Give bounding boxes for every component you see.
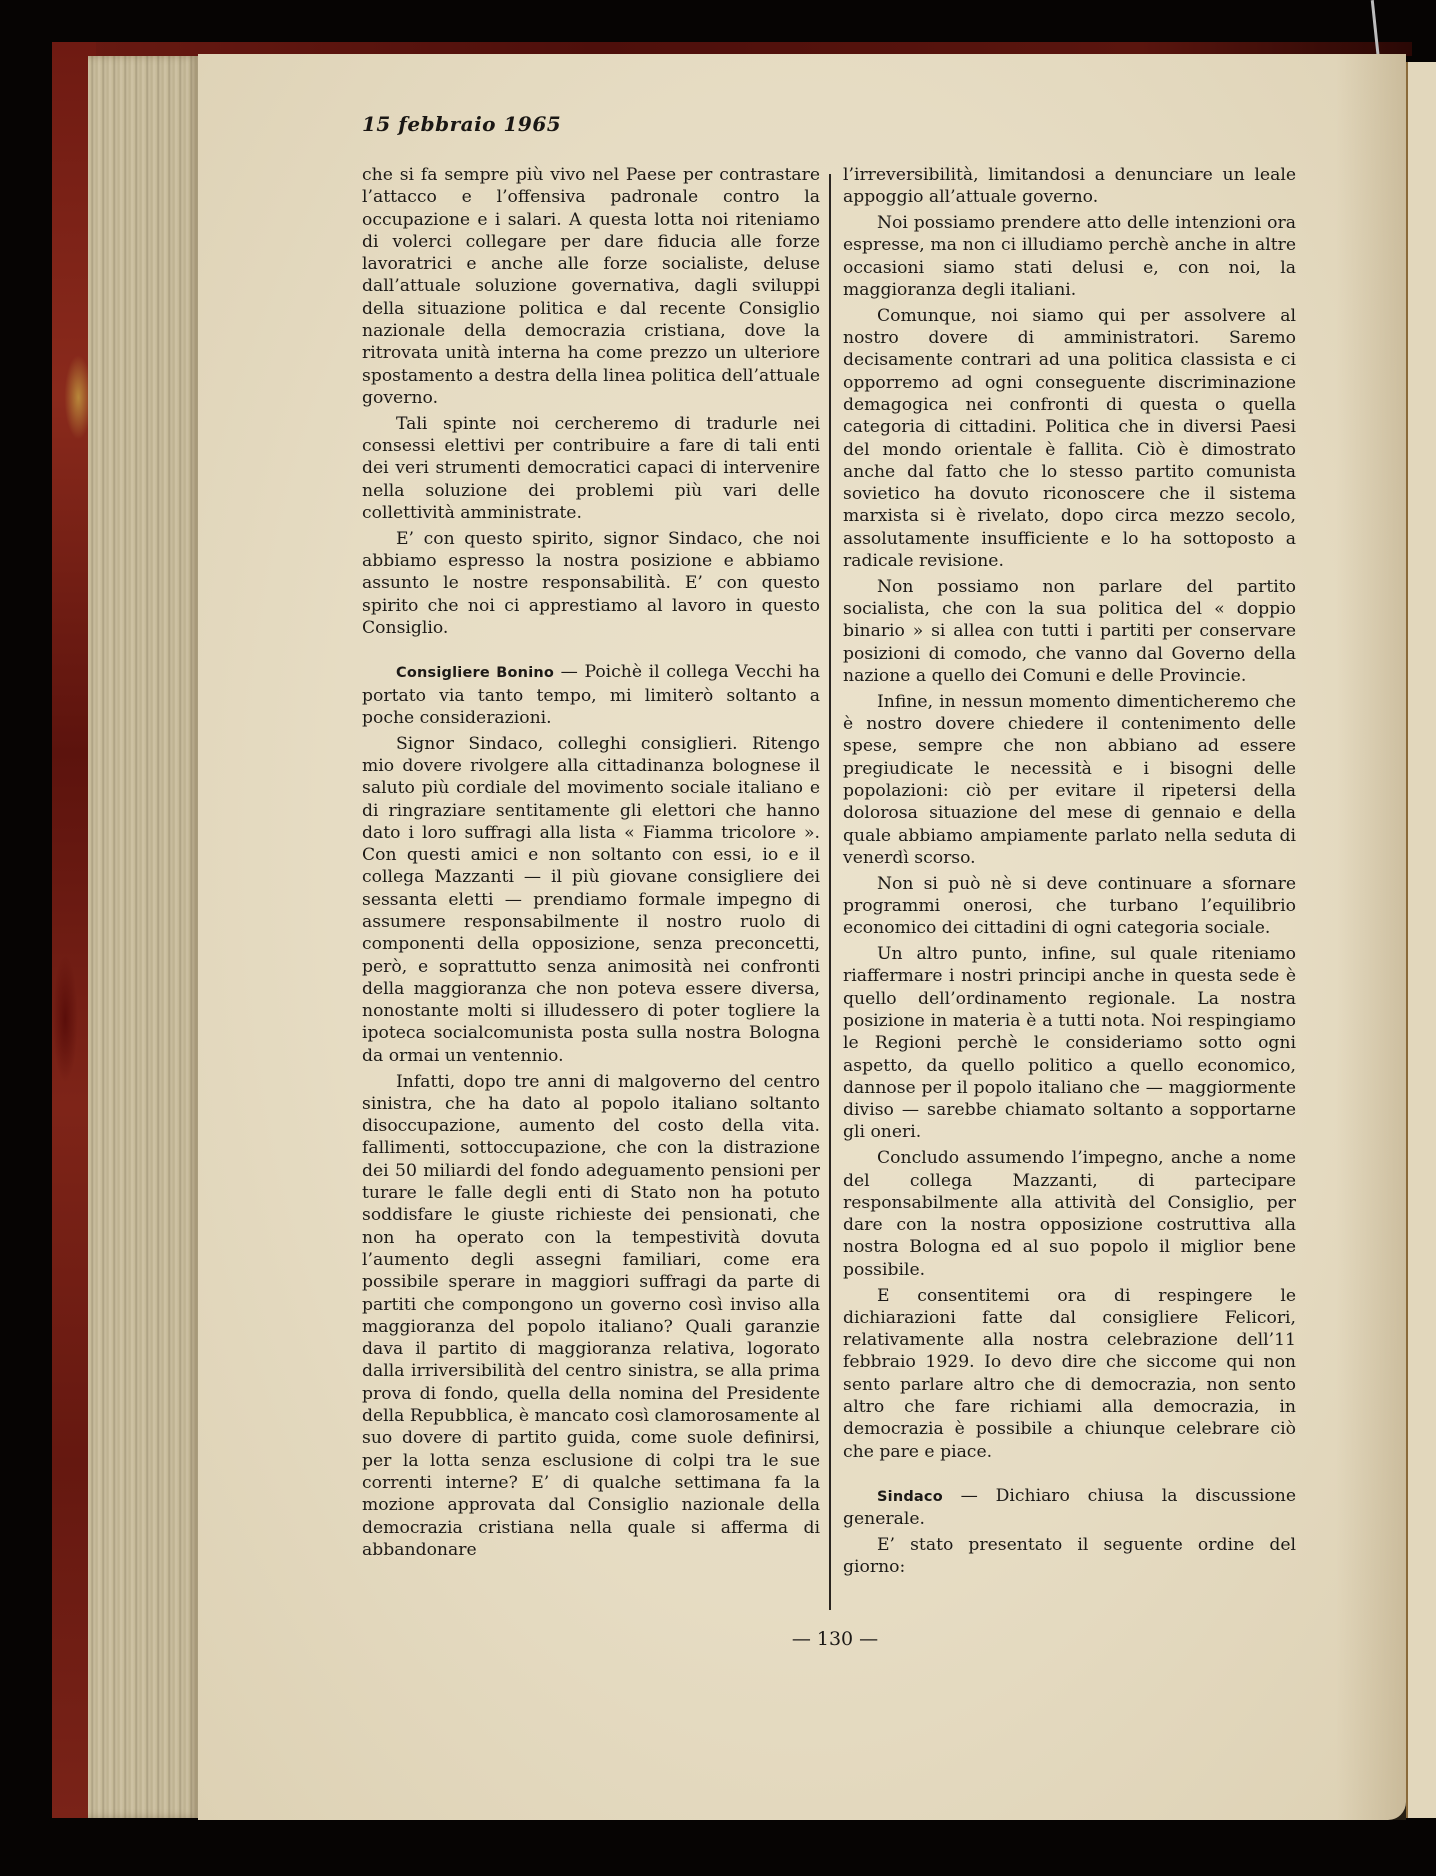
paragraph: Un altro punto, infine, sul quale riteni… [843, 943, 1296, 1144]
speaker-paragraph: Consigliere Bonino — Poichè il collega V… [362, 661, 820, 729]
paragraph: E’ con questo spirito, signor Sindaco, c… [362, 528, 820, 639]
speaker-name: Consigliere Bonino [396, 665, 554, 681]
speaker-name: Sindaco [877, 1489, 943, 1505]
speaker-dash: — [943, 1486, 996, 1506]
paragraph: E’ stato presentato il seguente ordine d… [843, 1534, 1296, 1579]
paragraph: Noi possiamo prendere atto delle intenzi… [843, 212, 1296, 301]
column-divider [829, 174, 831, 1610]
right-text-column: l’irreversibilità, limitandosi a denunci… [843, 164, 1296, 1582]
speaker-paragraph: Sindaco — Dichiaro chiusa la discussione… [843, 1485, 1296, 1531]
left-text-column: che si fa sempre più vivo nel Paese per … [362, 164, 820, 1565]
page-date-header: 15 febbraio 1965 [362, 112, 561, 136]
page-edges-stack [88, 56, 200, 1818]
paragraph: Signor Sindaco, colleghi consiglieri. Ri… [362, 733, 820, 1067]
paragraph: Infatti, dopo tre anni di malgoverno del… [362, 1071, 820, 1562]
paragraph: che si fa sempre più vivo nel Paese per … [362, 164, 820, 409]
paragraph: Non possiamo non parlare del partito soc… [843, 576, 1296, 687]
paragraph: Tali spinte noi cercheremo di tradurle n… [362, 413, 820, 524]
paragraph: Comunque, noi siamo qui per assolvere al… [843, 305, 1296, 573]
page-number: — 130 — [700, 1628, 970, 1650]
paragraph: Infine, in nessun momento dimenticheremo… [843, 691, 1296, 869]
facing-page-edge [1406, 62, 1436, 1818]
paragraph: l’irreversibilità, limitandosi a denunci… [843, 164, 1296, 209]
paragraph: E consentitemi ora di respingere le dich… [843, 1285, 1296, 1463]
speaker-dash: — [554, 662, 584, 682]
paragraph: Non si può nè si deve continuare a sforn… [843, 873, 1296, 940]
paragraph: Concludo assumendo l’impegno, anche a no… [843, 1147, 1296, 1281]
